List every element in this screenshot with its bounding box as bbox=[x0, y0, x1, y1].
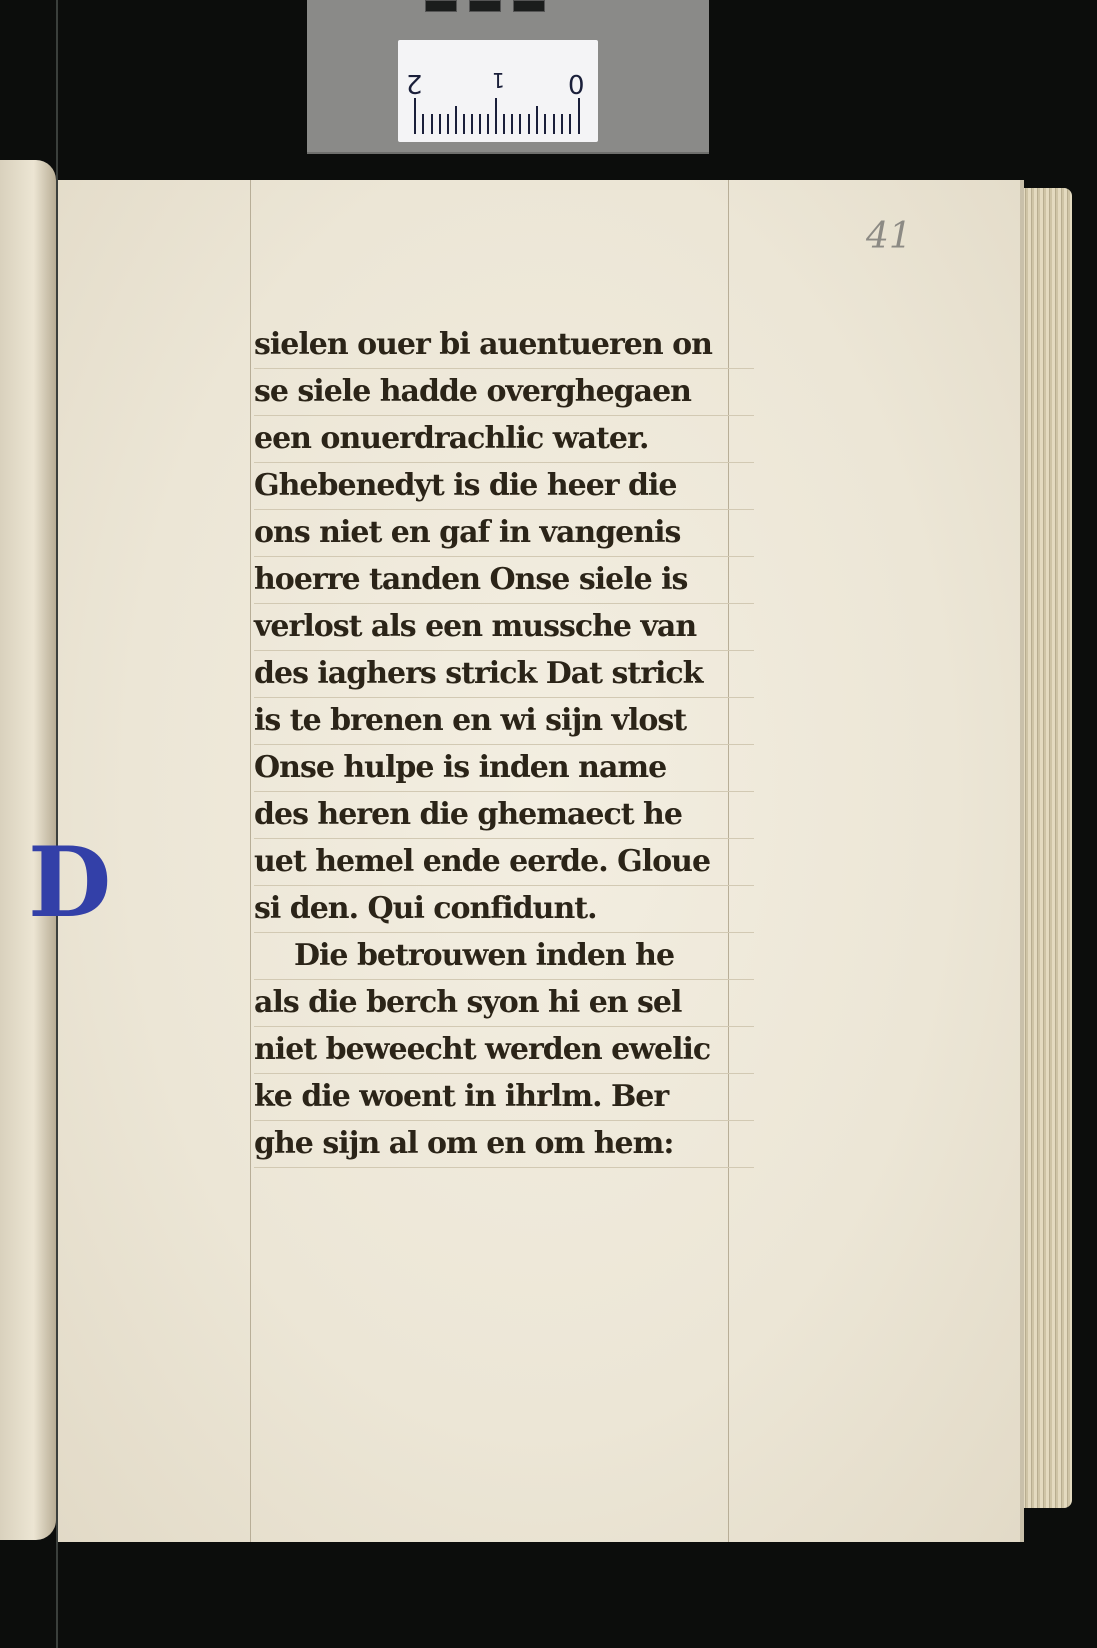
text-line: des heren die ghemaect he bbox=[254, 792, 754, 839]
clip bbox=[425, 0, 457, 12]
text-line: Ghebenedyt is die heer die bbox=[254, 463, 754, 510]
text-line: hoerre tanden Onse siele is bbox=[254, 557, 754, 604]
ruler-label-2: 2 bbox=[406, 68, 423, 98]
ruling-line bbox=[250, 180, 251, 1542]
page-stack-edges bbox=[1020, 188, 1072, 1508]
ruler-label-0: 0 bbox=[568, 68, 585, 98]
blue-initial-D: D bbox=[28, 835, 111, 931]
text-line: se siele hadde overghegaen bbox=[254, 369, 754, 416]
text-block: sielen ouer bi auentueren on se siele ha… bbox=[254, 322, 754, 1168]
text-line: als die berch syon hi en sel bbox=[254, 980, 754, 1027]
text-line: Die betrouwen inden he bbox=[254, 933, 754, 980]
manuscript-page: 41 D sielen ouer bi auentueren on se sie… bbox=[58, 180, 1024, 1542]
text-line: ghe sijn al om en om hem: bbox=[254, 1121, 754, 1168]
text-line: des iaghers strick Dat strick bbox=[254, 651, 754, 698]
text-line: is te brenen en wi sijn vlost bbox=[254, 698, 754, 745]
text-line: Onse hulpe is inden name bbox=[254, 745, 754, 792]
folio-number: 41 bbox=[866, 216, 912, 257]
clip bbox=[513, 0, 545, 12]
text-line: si den. Qui confidunt. bbox=[254, 886, 754, 933]
text-line: niet beweecht werden ewelic bbox=[254, 1027, 754, 1074]
text-line: ke die woent in ihrlm. Ber bbox=[254, 1074, 754, 1121]
scale-card: 2 1 0 bbox=[307, 0, 709, 154]
ruler-label-1: 1 bbox=[492, 68, 505, 92]
text-line: een onuerdrachlic water. bbox=[254, 416, 754, 463]
ruler: 2 1 0 bbox=[398, 40, 598, 142]
text-line: ons niet en gaf in vangenis bbox=[254, 510, 754, 557]
clip bbox=[469, 0, 501, 12]
text-line: uet hemel ende eerde. Gloue bbox=[254, 839, 754, 886]
text-line: sielen ouer bi auentueren on bbox=[254, 322, 754, 369]
text-line: verlost als een mussche van bbox=[254, 604, 754, 651]
